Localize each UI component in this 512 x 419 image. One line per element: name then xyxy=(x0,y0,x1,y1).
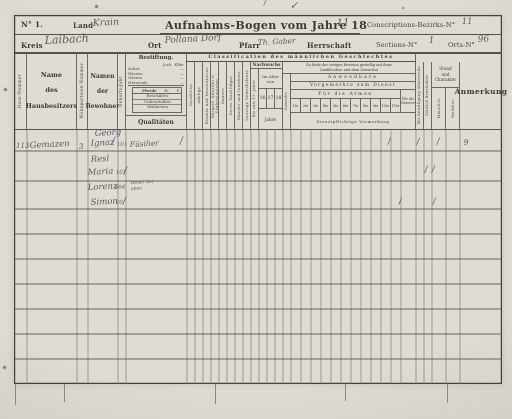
alter-label: Im Alter von xyxy=(262,74,279,84)
grid-line-tail xyxy=(64,384,65,402)
ort-label: Ort xyxy=(148,41,162,50)
class-age-label: 11te xyxy=(392,104,400,108)
grid-line-tail xyxy=(345,384,346,401)
paper-speck xyxy=(3,366,6,369)
entry-qualification: Füsilier xyxy=(130,138,160,149)
handwritten-count: 9 xyxy=(464,138,469,147)
class-7te-cell: 7te xyxy=(351,99,361,113)
summe-female-label: Weiblich xyxy=(451,99,455,118)
reserve-cell: Für die Reserve xyxy=(401,90,416,113)
scanned-conscription-sheet: { "meta": { "sheet_no": "N° 1.", "land_l… xyxy=(0,0,512,419)
class-age-label: 8te xyxy=(363,104,369,108)
absent-label: Mit Bewilligung Abwesende xyxy=(418,66,422,125)
summe-male-label: Männlich xyxy=(437,98,441,118)
pferde-row: Wallachen xyxy=(133,105,181,110)
vormerkung-caption: Dienstpflichtige Vormerkung xyxy=(316,119,389,124)
age-17-cell: 17 xyxy=(267,89,275,109)
tally-mark: ∕ xyxy=(179,136,183,147)
joch-header: Joch xyxy=(163,62,171,67)
age-label: 16 xyxy=(260,96,266,101)
tally-mark: ∕ xyxy=(387,137,391,147)
section-value-handwritten: 1 xyxy=(428,36,434,46)
land-value-handwritten: Krain xyxy=(92,17,119,29)
bestiftung-area-table: Joch Klftr. Äcker— Wiesen— Gärten— Hutwe… xyxy=(128,62,184,86)
beurlaubte-label: Zeitlich Beurlaubte xyxy=(426,75,430,116)
qualitaeten-label: Qualitäten xyxy=(138,119,174,126)
inhabitants-label: Namen der Bewohner xyxy=(86,69,120,114)
class-age-label: 7te xyxy=(353,104,359,108)
nachwuchs-header: Nachwuchs xyxy=(251,62,283,69)
class-col-label: Bauern xyxy=(221,88,225,104)
entry-parties-count: 3 xyxy=(79,142,84,151)
summe-title: Stand und Charakter xyxy=(435,66,457,84)
class-col-geistliche: Geistliche xyxy=(187,62,195,129)
vorgemerkte-label: Vorgemerkte zum Dienst xyxy=(310,83,396,88)
grid-line-tail xyxy=(15,384,16,405)
ort-value-handwritten: Pollana Dorf xyxy=(164,33,221,46)
class-age-label: 9te xyxy=(373,104,379,108)
kreis-label: Kreis xyxy=(21,41,43,50)
class-age-label: 6te xyxy=(343,104,349,108)
tally-mark: ∕ xyxy=(431,165,435,175)
class-col-haeusler: Häusler und Inwohner xyxy=(235,62,243,129)
vormerkung-caption-cell: Dienstpflichtige Vormerkung xyxy=(291,113,416,129)
conscription-district-label: Conscriptions-Bezirks-N° xyxy=(367,21,455,29)
anmerkung-col: Anmerkung xyxy=(460,53,502,129)
absent-col: Mit Bewilligung Abwesende xyxy=(416,62,424,129)
sheet-number: N° 1. xyxy=(21,20,43,29)
entry-person-name: Simon xyxy=(90,197,118,208)
tally-mark: ∕ xyxy=(424,165,428,175)
class-col-label: Geistliche xyxy=(189,84,193,106)
qualitaeten-band: Qualitäten xyxy=(126,115,186,129)
form-frame: N° 1. Land Krain Aufnahms-Bogen vom Jahr… xyxy=(14,15,502,384)
paper-speck xyxy=(4,88,7,91)
entry-owner-name: Gemazen xyxy=(29,139,69,151)
class-11te-cell: 11te xyxy=(391,99,401,113)
jahre-label: Jahre xyxy=(265,117,276,122)
area-row: Hutweide— xyxy=(128,81,184,86)
stray-check-mark: ✓ xyxy=(289,1,298,12)
paper-speck xyxy=(95,5,98,8)
anwendbare-row: Anwendbare xyxy=(291,74,416,82)
class-col-adelige: Adelige xyxy=(195,62,203,129)
owner-name-label: Name des Hausbesitzers xyxy=(26,68,77,115)
nachwuchs-title: Nachwuchs xyxy=(252,63,280,68)
age-18-cell: 18 xyxy=(275,89,283,109)
class-col-label: Bürgerl. Künstler u. Professionisten xyxy=(211,62,219,129)
summe-male-col: Männlich xyxy=(432,88,446,129)
classification-title-cell: Classification des männlichen Geschlecht… xyxy=(187,53,416,62)
class-9te-cell: 9te xyxy=(371,99,381,113)
class-col-label: Häusler und Inwohner xyxy=(237,71,241,120)
class-4te-cell: 4te xyxy=(321,99,331,113)
revision-caption: Zu Ende der vorigen Revision gestellig m… xyxy=(306,63,392,72)
age-label: 18 xyxy=(276,96,282,101)
classification-title: Classification des männlichen Geschlecht… xyxy=(208,54,393,60)
tally-mark: ∕ xyxy=(416,137,420,147)
bestiftung-title: Bestiftung. xyxy=(126,53,186,61)
entry-house-number: 113 xyxy=(16,142,29,150)
class-col-label: Sonstige Gewerbsleute xyxy=(245,70,249,121)
stray-slash-mark: ∕ xyxy=(264,0,267,7)
class-col-label: Beamte und Honoratioren xyxy=(205,67,209,124)
class-age-label: 2te xyxy=(303,104,309,108)
nachwuchs-under15-col: Bis zum 15. Jahre xyxy=(251,69,259,129)
year-handwritten: 11 xyxy=(336,17,349,29)
parties-number-label: Wohnparteien-Nummer xyxy=(80,63,84,119)
class-col-sonstige: Sonstige Gewerbsleute xyxy=(243,62,251,129)
orts-number-value-handwritten: 96 xyxy=(477,34,489,45)
class-col-buerger: Bürgerl. Künstler u. Professionisten xyxy=(211,62,219,129)
class-6te-cell: 6te xyxy=(341,99,351,113)
class-5te-cell: 5te xyxy=(331,99,341,113)
reserve-label: Für die Reserve xyxy=(401,97,415,105)
class-col-nachfolger: Deren Nachfolger xyxy=(227,62,235,129)
class-3te-cell: 3te xyxy=(311,99,321,113)
pferde-table: Pferde H. F. Beschälter Unbeschälter Wal… xyxy=(132,87,182,113)
col-header-inhabitants: Namen der Bewohner xyxy=(88,53,118,129)
tally-mark: ∕ xyxy=(398,197,402,207)
class-col-label: Adelige xyxy=(197,87,201,104)
zuwachs-label: Zuwachs xyxy=(285,92,289,110)
summe-header-cell: Stand und Charakter xyxy=(432,62,460,88)
tally-mark: ∕ xyxy=(432,197,436,207)
class-age-label: 1te xyxy=(293,104,299,108)
jahre-cell: Jahre xyxy=(259,109,283,129)
class-age-label: 4te xyxy=(323,104,329,108)
zuwachs-col: Zuwachs xyxy=(283,74,291,129)
entry-person-name: Maria xyxy=(87,167,113,178)
pferde-col-f: F. xyxy=(177,88,180,93)
bestiftung-box: Bestiftung. Joch Klftr. Äcker— Wiesen— G… xyxy=(126,53,187,129)
class-2te-cell: 2te xyxy=(301,99,311,113)
class-col-label: Deren Nachfolger xyxy=(229,76,233,115)
class-8te-cell: 8te xyxy=(361,99,371,113)
armee-row: Für die Armee xyxy=(291,90,401,99)
armee-label: Für die Armee xyxy=(318,92,373,97)
entry-person-name: Lorenz xyxy=(87,181,117,193)
section-label: Sections-N° xyxy=(376,41,417,49)
col-header-birth-year: Geburts-Jahr xyxy=(118,53,126,129)
age-label: 17 xyxy=(268,96,274,101)
area-row-label: Hutweide xyxy=(128,81,148,86)
age-16-cell: 16 xyxy=(259,89,267,109)
class-age-label: 3te xyxy=(313,104,319,108)
paper-speck xyxy=(402,7,404,9)
beurlaubte-col: Zeitlich Beurlaubte xyxy=(424,62,432,129)
class-age-label: 10te xyxy=(382,104,390,108)
entry-note: Heuer bei oben xyxy=(130,180,153,193)
nachwuchs-alter-cell: Im Alter von xyxy=(259,69,283,89)
anmerkung-label: Anmerkung xyxy=(455,87,508,96)
conscription-district-value: 11 xyxy=(461,16,472,27)
house-number-label: Haus-Nummer xyxy=(18,74,22,109)
entry-birth-year: 804 xyxy=(115,184,126,191)
area-row-value: — xyxy=(180,81,184,86)
revision-caption-cell: Zu Ende der vorigen Revision gestellig m… xyxy=(283,62,416,74)
entry-person-name: Resl xyxy=(90,154,109,165)
grid-line-tail xyxy=(215,384,216,404)
tally-mark: ∕ xyxy=(123,166,127,177)
pfarr-value-handwritten: Th. Gaber xyxy=(258,36,296,47)
nachwuchs-under15-label: Bis zum 15. Jahre xyxy=(253,80,257,117)
birth-year-label: Geburts-Jahr xyxy=(119,76,123,107)
grid-line-tail xyxy=(447,384,448,403)
orts-number-label: Orts-N° xyxy=(448,41,475,49)
class-1te-cell: 1te xyxy=(291,99,301,113)
tally-mark: ∕ xyxy=(436,137,440,147)
herrschaft-label: Herrschaft xyxy=(307,41,352,50)
land-label: Land xyxy=(73,21,93,30)
class-age-label: 5te xyxy=(333,104,339,108)
anwendbare-label: Anwendbare xyxy=(328,75,378,80)
tally-mark: ∕ xyxy=(111,136,115,147)
vorgemerkte-row: Vorgemerkte zum Dienst xyxy=(291,82,416,90)
tally-mark: ∕ xyxy=(122,196,126,207)
col-header-owner-name: Name des Hausbesitzers xyxy=(27,53,77,129)
kreis-value-handwritten: Laibach xyxy=(44,32,89,47)
entry-birth-year: 101 xyxy=(117,141,128,148)
class-col-bauern: Bauern xyxy=(219,62,227,129)
class-10te-cell: 10te xyxy=(381,99,391,113)
